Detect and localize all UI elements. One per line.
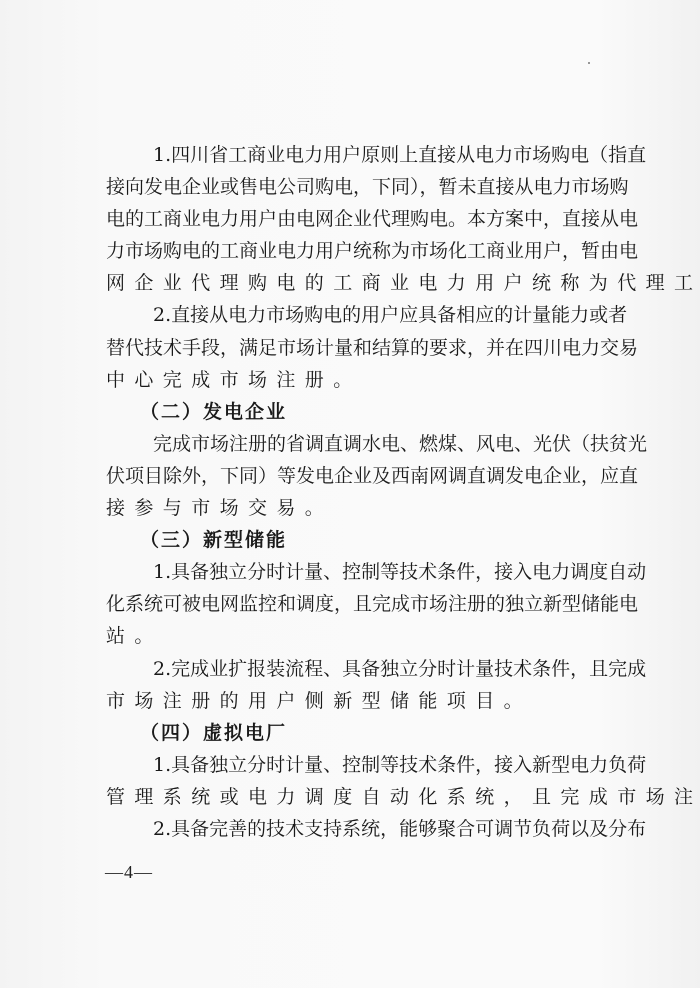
paragraph-line: 完成市场注册的省调直调水电、燃煤、风电、光伏（扶贫光: [106, 428, 622, 460]
paragraph-line: 电的工商业电力用户由电网企业代理购电。本方案中，直接从电: [106, 203, 622, 235]
paragraph-line: 站。: [106, 620, 622, 652]
paragraph-line: 替代技术手段，满足市场计量和结算的要求，并在四川电力交易: [106, 332, 622, 364]
scan-speck: [588, 62, 590, 64]
section-heading: （三）新型储能: [106, 524, 622, 556]
paragraph-line: 接向发电企业或售电公司购电，下同），暂未直接从电力市场购: [106, 171, 622, 203]
section-heading: （二）发电企业: [106, 396, 622, 428]
section-heading: （四）虚拟电厂: [106, 717, 622, 749]
paragraph-line: 1.具备独立分时计量、控制等技术条件，接入新型电力负荷: [106, 749, 622, 781]
paragraph-line: 网企业代理购电的工商业电力用户统称为代理工商业用户。: [106, 267, 622, 299]
paragraph-line: 伏项目除外，下同）等发电企业及西南网调直调发电企业，应直: [106, 460, 622, 492]
paragraph-line: 2.具备完善的技术支持系统，能够聚合可调节负荷以及分布: [106, 813, 622, 845]
document-page: 1.四川省工商业电力用户原则上直接从电力市场购电（指直 接向发电企业或售电公司购…: [0, 0, 700, 988]
paragraph-line: 管理系统或电力调度自动化系统，且完成市场注册。: [106, 781, 622, 813]
paragraph-line: 力市场购电的工商业电力用户统称为市场化工商业用户，暂由电: [106, 235, 622, 267]
paragraph-line: 2.完成业扩报装流程、具备独立分时计量技术条件，且完成: [106, 653, 622, 685]
paragraph-line: 1.具备独立分时计量、控制等技术条件，接入电力调度自动: [106, 556, 622, 588]
paragraph-line: 中心完成市场注册。: [106, 364, 622, 396]
paragraph-line: 接参与市场交易。: [106, 492, 622, 524]
document-body: 1.四川省工商业电力用户原则上直接从电力市场购电（指直 接向发电企业或售电公司购…: [106, 139, 622, 845]
paragraph-line: 1.四川省工商业电力用户原则上直接从电力市场购电（指直: [106, 139, 622, 171]
paragraph-line: 化系统可被电网监控和调度，且完成市场注册的独立新型储能电: [106, 588, 622, 620]
page-number: —4—: [105, 862, 153, 883]
paragraph-line: 2.直接从电力市场购电的用户应具备相应的计量能力或者: [106, 299, 622, 331]
paragraph-line: 市场注册的用户侧新型储能项目。: [106, 685, 622, 717]
